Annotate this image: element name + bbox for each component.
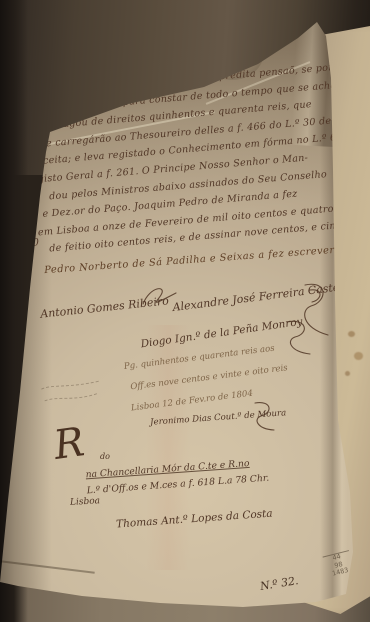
paper-crease [0,560,94,573]
signature-flourish-icon [282,316,314,358]
foxing-spot [354,352,363,360]
manuscript-photograph: por onde se tomará a conta da predita pe… [0,0,370,622]
pencil-scribble [39,375,106,412]
foxing-spot [345,371,350,376]
registration-note-block: na Chancellaria Mór da C.te e R.no L.º d… [85,455,269,499]
signature-flourish-icon [140,283,182,311]
foxing-spot [348,331,355,337]
registered-superscript: do [100,452,110,461]
registration-place: Lisboa [70,496,101,508]
registration-signer: Thomas Ant.º Lopes da Costa [116,508,273,531]
document-number: N.º 32. [259,574,299,593]
registered-initial: R [51,422,86,466]
